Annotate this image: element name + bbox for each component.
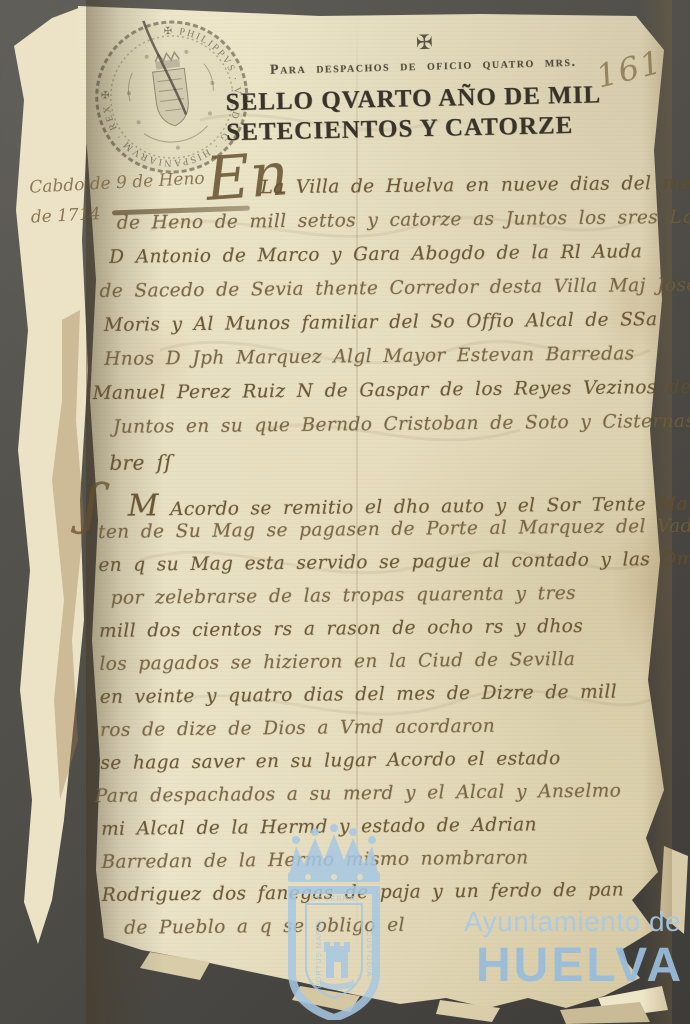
printed-cross-icon: ✠ bbox=[416, 30, 434, 55]
manuscript-line: Hnos D Jph Marquez Algl Mayor Estevan Ba… bbox=[104, 343, 660, 383]
manuscript-line: bre ſſ bbox=[109, 445, 661, 485]
scanned-manuscript-page: ✠ PHILIPPVS · V · D · G · HISPANIARVM · … bbox=[0, 0, 690, 1024]
manuscript-line: Juntos en su que Berndo Cristoban de Sot… bbox=[113, 411, 661, 451]
watermark-institution-text: Ayuntamiento de bbox=[464, 906, 681, 938]
manuscript-line: de Heno de mill settos y catorze as Junt… bbox=[117, 207, 659, 247]
manuscript-line: La Villa de Huelva en nueve dias del mes bbox=[260, 173, 658, 211]
seal-title-stamp: SELLO QVARTO AÑO DE MIL SETECIENTOS Y CA… bbox=[225, 80, 626, 148]
manuscript-paragraph-1: La Villa de Huelva en nueve dias del mes… bbox=[102, 173, 661, 485]
manuscript-line: D Antonio de Marco y Gara Abogdo de la R… bbox=[109, 241, 659, 281]
manuscript-line: M Acordo se remitio el dho auto y el Sor… bbox=[128, 483, 658, 522]
watermark-city-text: HUELVA bbox=[476, 938, 684, 993]
crest-motto-left: PORTUS MARIS bbox=[314, 920, 323, 989]
crest-motto-right: CUSTODIA bbox=[365, 931, 374, 978]
manuscript-line: Moris y Al Munos familiar del So Offio A… bbox=[104, 309, 660, 349]
crest-motto-top: ET TERRÆ bbox=[310, 894, 357, 903]
huelva-crest-watermark: ET TERRÆ PORTUS MARIS CUSTODIA bbox=[268, 824, 400, 1020]
